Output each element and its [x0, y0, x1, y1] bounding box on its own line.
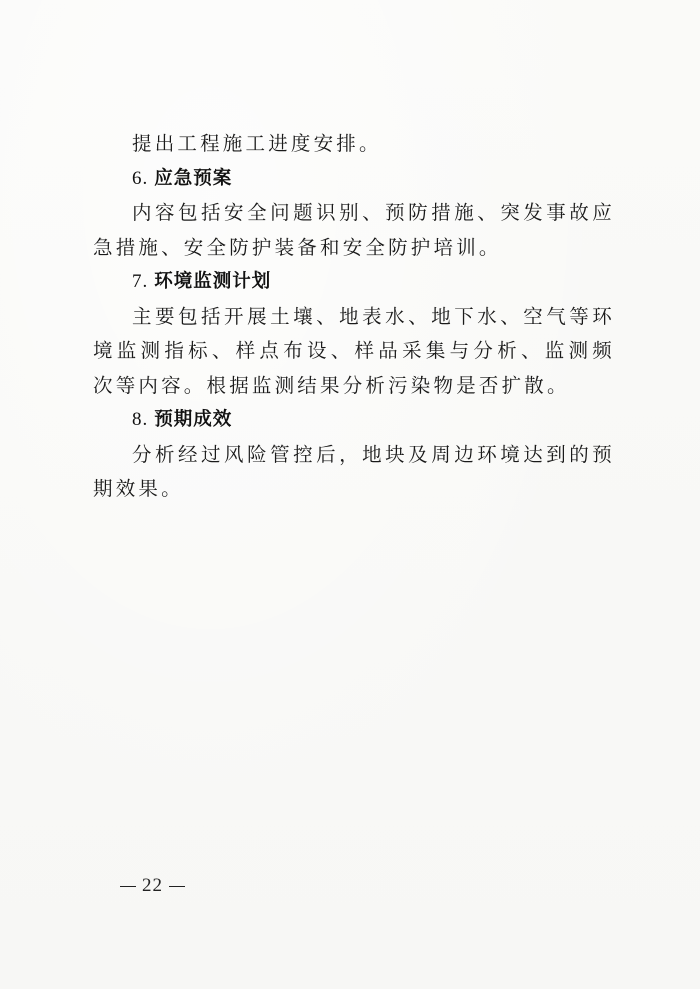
heading-title: 环境监测计划	[154, 271, 271, 292]
document-body: 提出工程施工进度安排。 6.应急预案 内容包括安全问题识别、预防措施、突发事故应…	[93, 127, 615, 507]
heading-monitoring-plan: 7.环境监测计划	[93, 265, 615, 300]
heading-number: 6.	[132, 168, 148, 189]
heading-title: 预期成效	[154, 409, 232, 430]
heading-number: 8.	[132, 409, 148, 430]
paragraph-expected-results: 分析经过风险管控后，地块及周边环境达到的预期效果。	[93, 438, 615, 507]
paragraph-emergency-plan: 内容包括安全问题识别、预防措施、突发事故应急措施、安全防护装备和安全防护培训。	[93, 196, 615, 265]
heading-expected-results: 8.预期成效	[93, 403, 615, 438]
page-footer: 22	[114, 875, 191, 897]
document-page: 提出工程施工进度安排。 6.应急预案 内容包括安全问题识别、预防措施、突发事故应…	[0, 0, 700, 989]
paragraph-schedule: 提出工程施工进度安排。	[93, 127, 615, 162]
heading-number: 7.	[132, 271, 148, 292]
heading-emergency-plan: 6.应急预案	[93, 162, 615, 197]
heading-title: 应急预案	[154, 168, 232, 189]
dash-right	[169, 886, 185, 888]
dash-left	[120, 886, 136, 888]
paragraph-monitoring-plan: 主要包括开展土壤、地表水、地下水、空气等环境监测指标、样点布设、样品采集与分析、…	[93, 300, 615, 404]
page-number: 22	[142, 875, 163, 896]
